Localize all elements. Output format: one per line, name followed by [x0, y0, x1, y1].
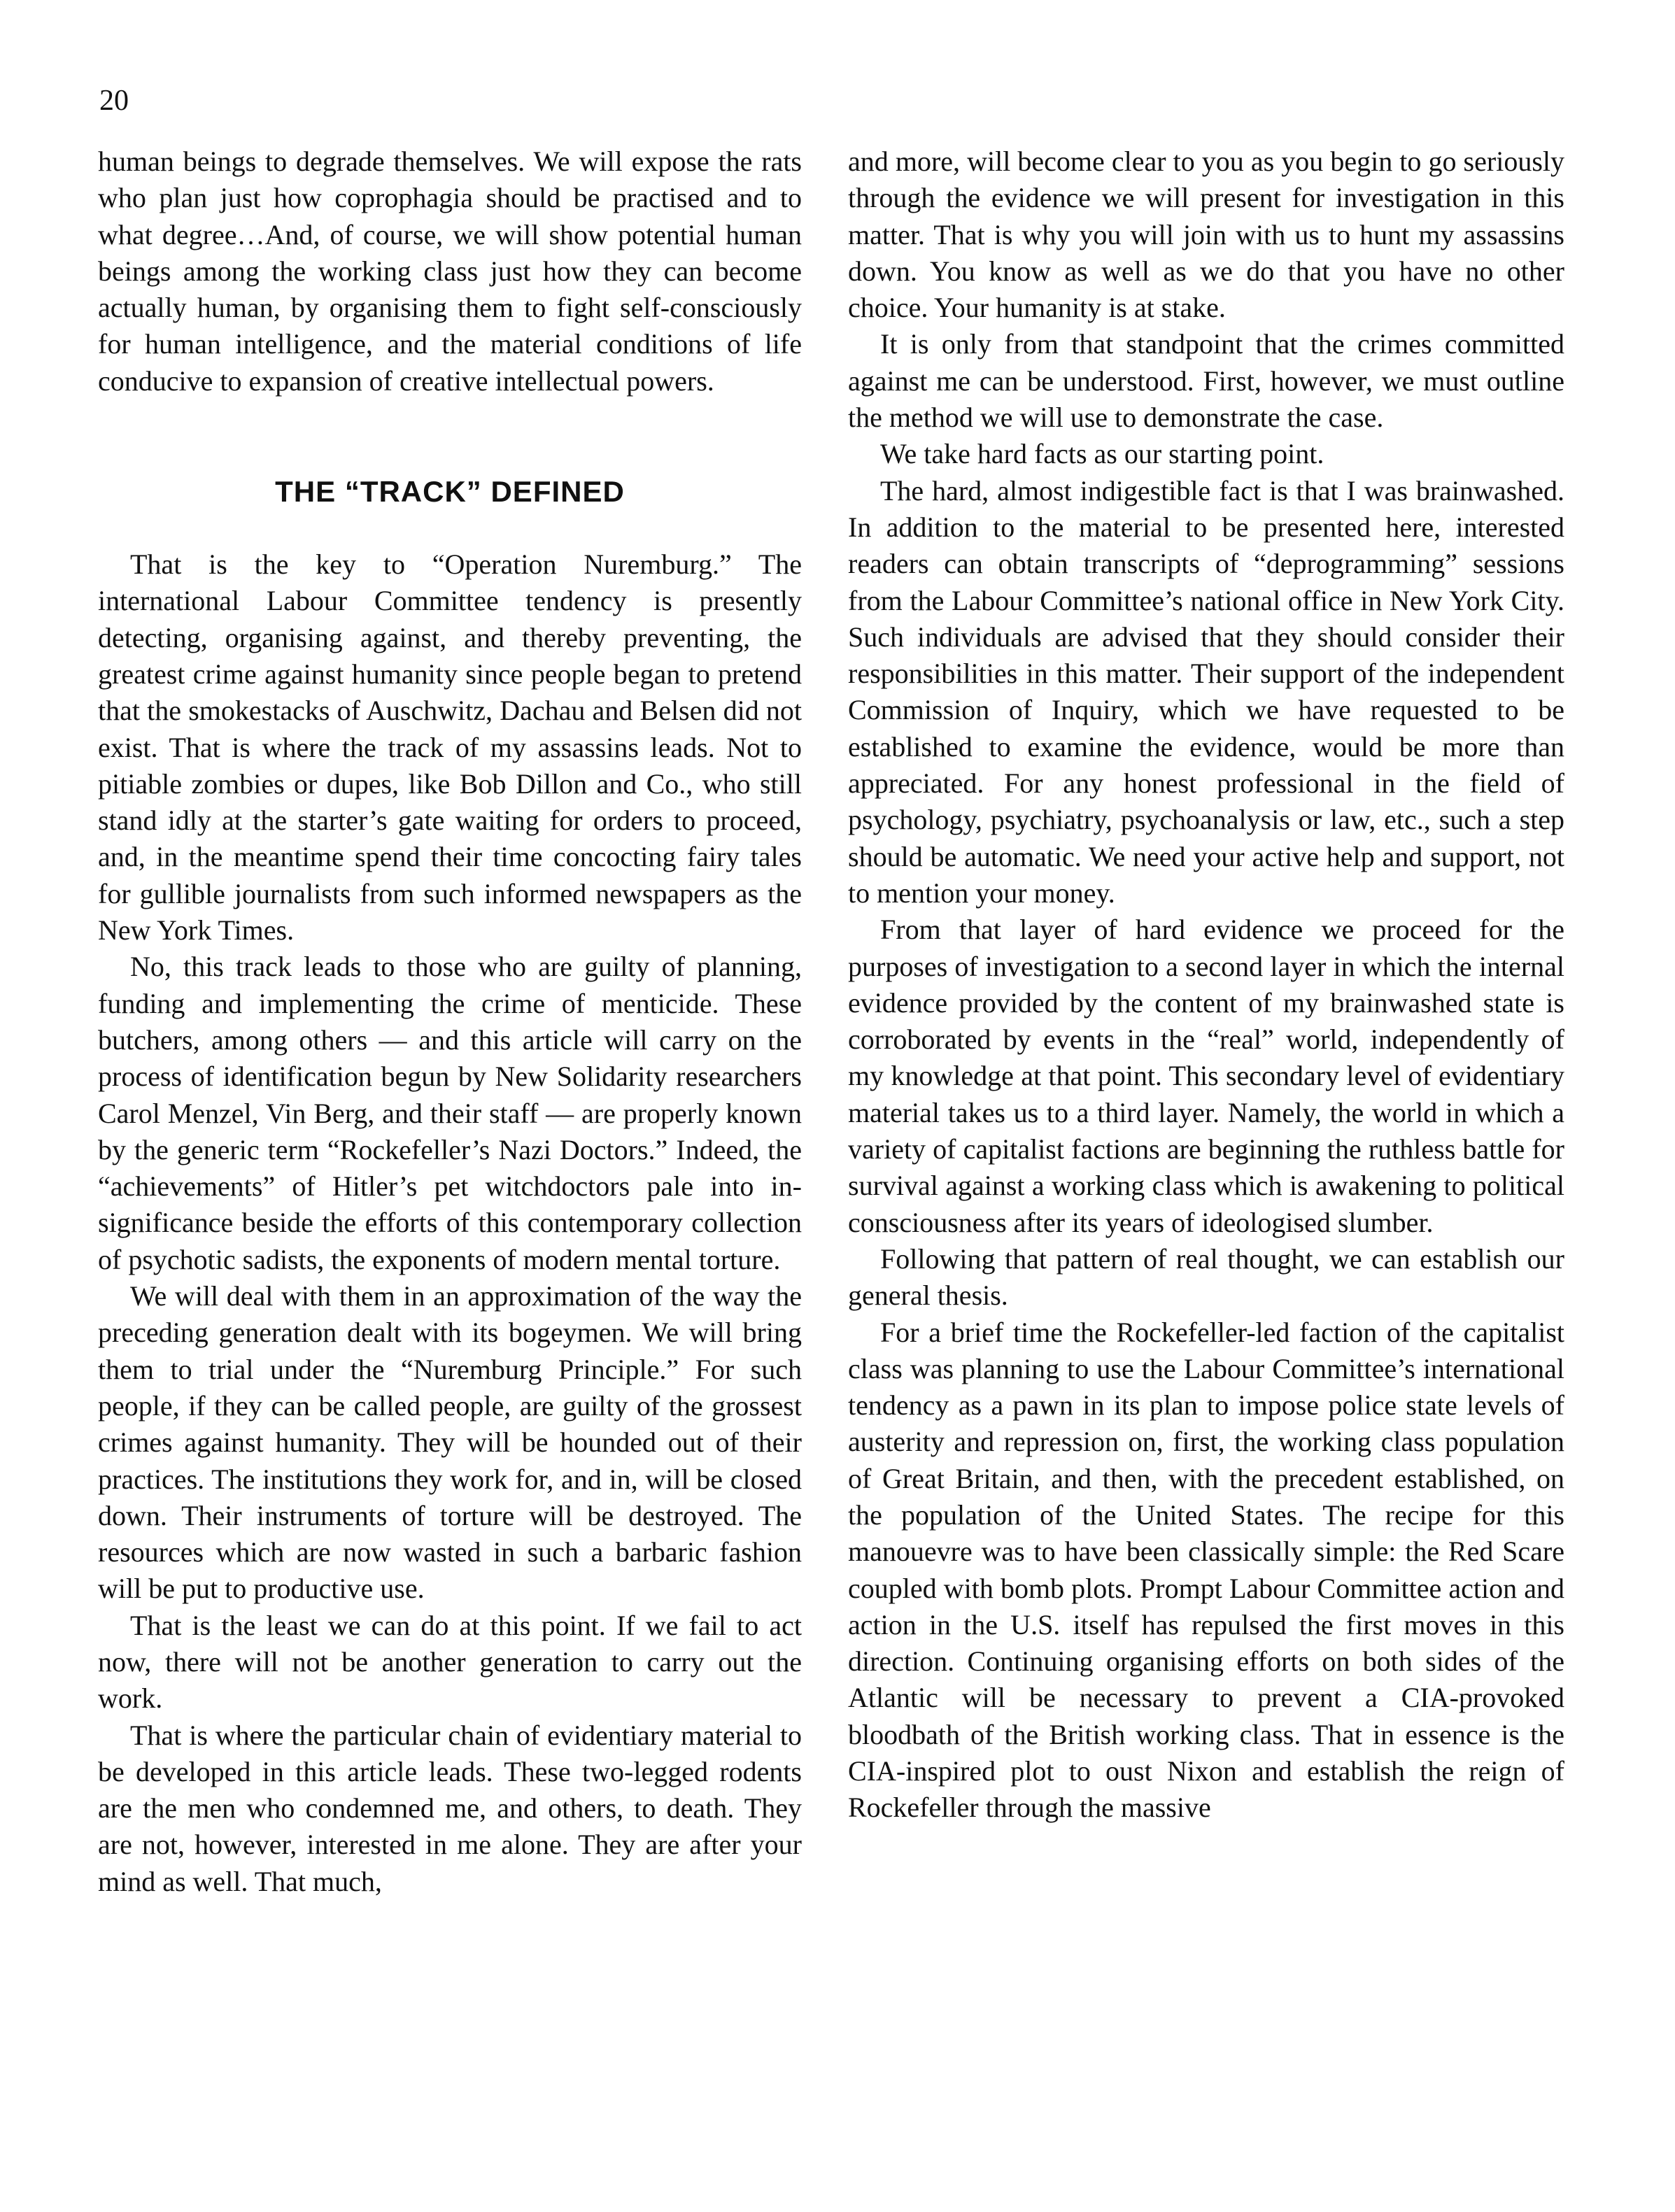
paragraph: It is only from that standpoint that the… — [848, 326, 1564, 436]
paragraph: For a brief time the Rockefeller-led fac… — [848, 1314, 1564, 1827]
paragraph: From that layer of hard evidence we proc… — [848, 912, 1564, 1241]
paragraph: That is where the particular chain of ev… — [98, 1717, 802, 1900]
paragraph: and more, will become clear to you as yo… — [848, 143, 1564, 326]
paragraph: We will deal with them in an approximati… — [98, 1278, 802, 1608]
paragraph: No, this track leads to those who are gu… — [98, 949, 802, 1278]
paragraph: That is the least we can do at this poin… — [98, 1608, 802, 1717]
page-number: 20 — [99, 83, 129, 119]
paragraph: We take hard facts as our starting point… — [848, 436, 1564, 472]
paragraph: That is the key to “Operation Nuremburg.… — [98, 546, 802, 949]
paragraph: Following that pattern of real thought, … — [848, 1241, 1564, 1314]
paragraph: human beings to degrade themselves. We w… — [98, 143, 802, 399]
section-heading: THE “TRACK” DEFINED — [98, 474, 802, 510]
paragraph: The hard, almost indigestible fact is th… — [848, 473, 1564, 912]
left-column: human beings to degrade themselves. We w… — [98, 143, 802, 1900]
right-column: and more, will become clear to you as yo… — [848, 143, 1564, 1827]
